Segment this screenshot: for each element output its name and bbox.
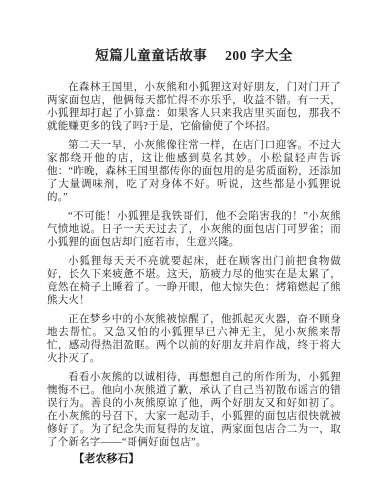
story-paragraph: “不可能！小狐狸是我铁哥们，他不会陷害我的！”小灰熊气愤地说。日子一天天过去了，… xyxy=(47,210,341,249)
story-paragraph: 在森林王国里，小灰熊和小狐狸这对好朋友，门对门开了两家面包店，他俩每天都忙得不亦… xyxy=(47,81,341,133)
story-paragraph: 正在梦乡中的小灰熊被惊醒了，他抓起灭火器，奋不顾身地去帮忙。又急又怕的小狐狸早已… xyxy=(47,313,341,365)
story-paragraph: 看看小灰熊的以诚相待，再想想自己的所作所为，小狐狸懊悔不已。他向小灰熊道了歉，承… xyxy=(47,371,341,449)
story-paragraph: 小狐狸每天天不亮就要起床，赶在顾客出门前把食物做好，长久下来疲惫不堪。这天，筋疲… xyxy=(47,255,341,307)
page-title: 短篇儿童童话故事 200 字大全 xyxy=(47,44,341,64)
story-body: 在森林王国里，小灰熊和小狐狸这对好朋友，门对门开了两家面包店，他俩每天都忙得不亦… xyxy=(47,81,341,449)
document-page: 短篇儿童童话故事 200 字大全 在森林王国里，小灰熊和小狐狸这对好朋友，门对门… xyxy=(0,0,386,500)
story-footer-tag: 【老农移石】 xyxy=(47,452,341,466)
story-paragraph: 第二天一早，小灰熊像往常一样，在店门口迎客。不过大家都绕开他的店，这让他感到莫名… xyxy=(47,139,341,204)
